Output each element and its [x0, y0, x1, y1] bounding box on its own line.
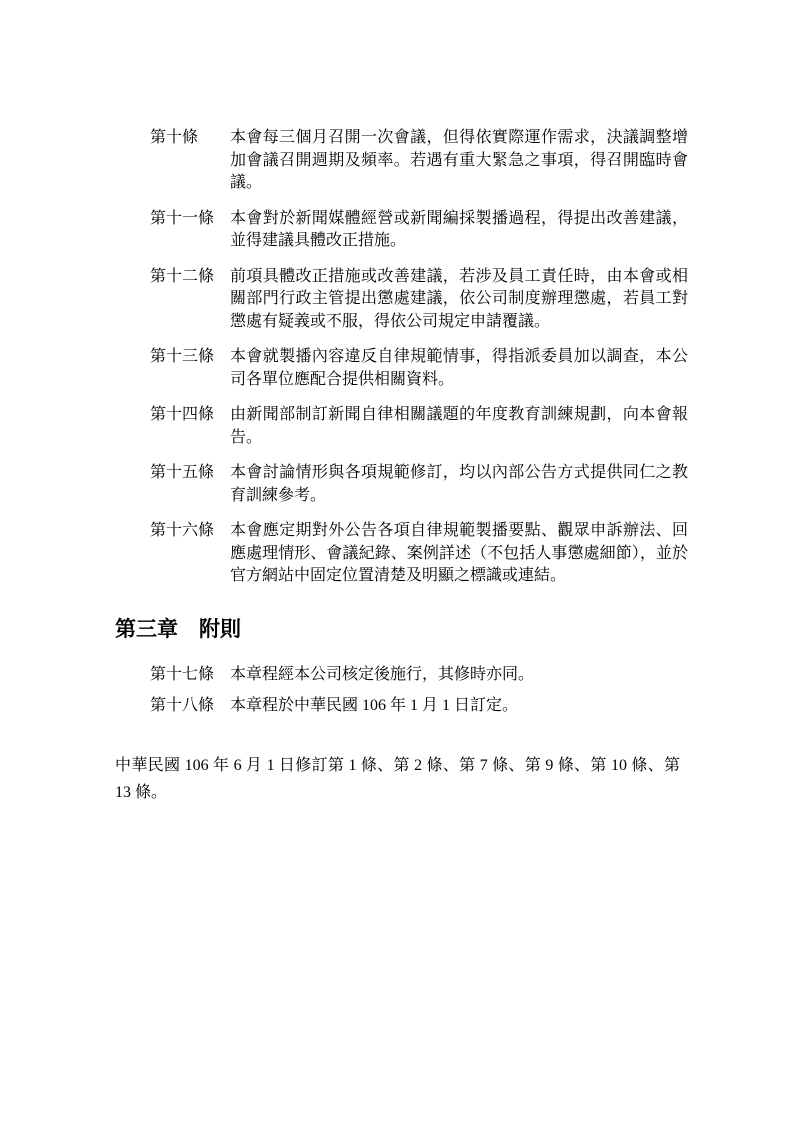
article-text: 本會討論情形與各項規範修訂，均以內部公告方式提供同仁之教育訓練參考。	[230, 462, 688, 507]
article-row-18: 第十八條 本章程於中華民國 106 年 1 月 1 日訂定。	[150, 695, 690, 718]
articles-section: 第十條 本會每三個月召開一次會議，但得依實際運作需求，決議調整增加會議召開週期及…	[150, 127, 690, 601]
article-row-15: 第十五條 本會討論情形與各項規範修訂，均以內部公告方式提供同仁之教育訓練參考。	[150, 462, 690, 507]
article-row-10: 第十條 本會每三個月召開一次會議，但得依實際運作需求，決議調整增加會議召開週期及…	[150, 127, 690, 195]
article-number: 第十七條	[150, 664, 230, 687]
article-text: 本會就製播內容違反自律規範情事，得指派委員加以調查，本公司各單位應配合提供相關資…	[230, 346, 688, 391]
article-number: 第十五條	[150, 462, 230, 507]
article-row-14: 第十四條 由新聞部制訂新聞自律相關議題的年度教育訓練規劃，向本會報告。	[150, 404, 690, 449]
article-row-13: 第十三條 本會就製播內容違反自律規範情事，得指派委員加以調查，本公司各單位應配合…	[150, 346, 690, 391]
document-page: 第十條 本會每三個月召開一次會議，但得依實際運作需求，決議調整增加會議召開週期及…	[0, 0, 797, 1125]
article-number: 第十條	[150, 127, 230, 195]
article-text: 本會每三個月召開一次會議，但得依實際運作需求，決議調整增加會議召開週期及頻率。若…	[230, 127, 688, 195]
article-row-12: 第十二條 前項具體改正措施或改善建議，若涉及員工責任時，由本會或相關部門行政主管…	[150, 266, 690, 334]
article-number: 第十三條	[150, 346, 230, 391]
article-text: 由新聞部制訂新聞自律相關議題的年度教育訓練規劃，向本會報告。	[230, 404, 688, 449]
revision-note: 中華民國 106 年 6 月 1 日修訂第 1 條、第 2 條、第 7 條、第 …	[115, 752, 680, 806]
article-text: 本會應定期對外公告各項自律規範製播要點、觀眾申訴辦法、回應處理情形、會議紀錄、案…	[230, 520, 688, 588]
article-number: 第十四條	[150, 404, 230, 449]
article-number: 第十八條	[150, 695, 230, 718]
chapter-articles-section: 第十七條 本章程經本公司核定後施行，其修時亦同。 第十八條 本章程於中華民國 1…	[150, 664, 690, 725]
article-row-11: 第十一條 本會對於新聞媒體經營或新聞編採製播過程，得提出改善建議，並得建議具體改…	[150, 208, 690, 253]
article-text: 本會對於新聞媒體經營或新聞編採製播過程，得提出改善建議，並得建議具體改正措施。	[230, 208, 688, 253]
article-text: 前項具體改正措施或改善建議，若涉及員工責任時，由本會或相關部門行政主管提出懲處建…	[230, 266, 688, 334]
article-number: 第十一條	[150, 208, 230, 253]
article-text: 本章程經本公司核定後施行，其修時亦同。	[230, 664, 688, 687]
article-number: 第十二條	[150, 266, 230, 334]
article-row-17: 第十七條 本章程經本公司核定後施行，其修時亦同。	[150, 664, 690, 687]
article-number: 第十六條	[150, 520, 230, 588]
chapter-heading: 第三章 附則	[115, 615, 241, 643]
article-text: 本章程於中華民國 106 年 1 月 1 日訂定。	[230, 695, 688, 718]
article-row-16: 第十六條 本會應定期對外公告各項自律規範製播要點、觀眾申訴辦法、回應處理情形、會…	[150, 520, 690, 588]
